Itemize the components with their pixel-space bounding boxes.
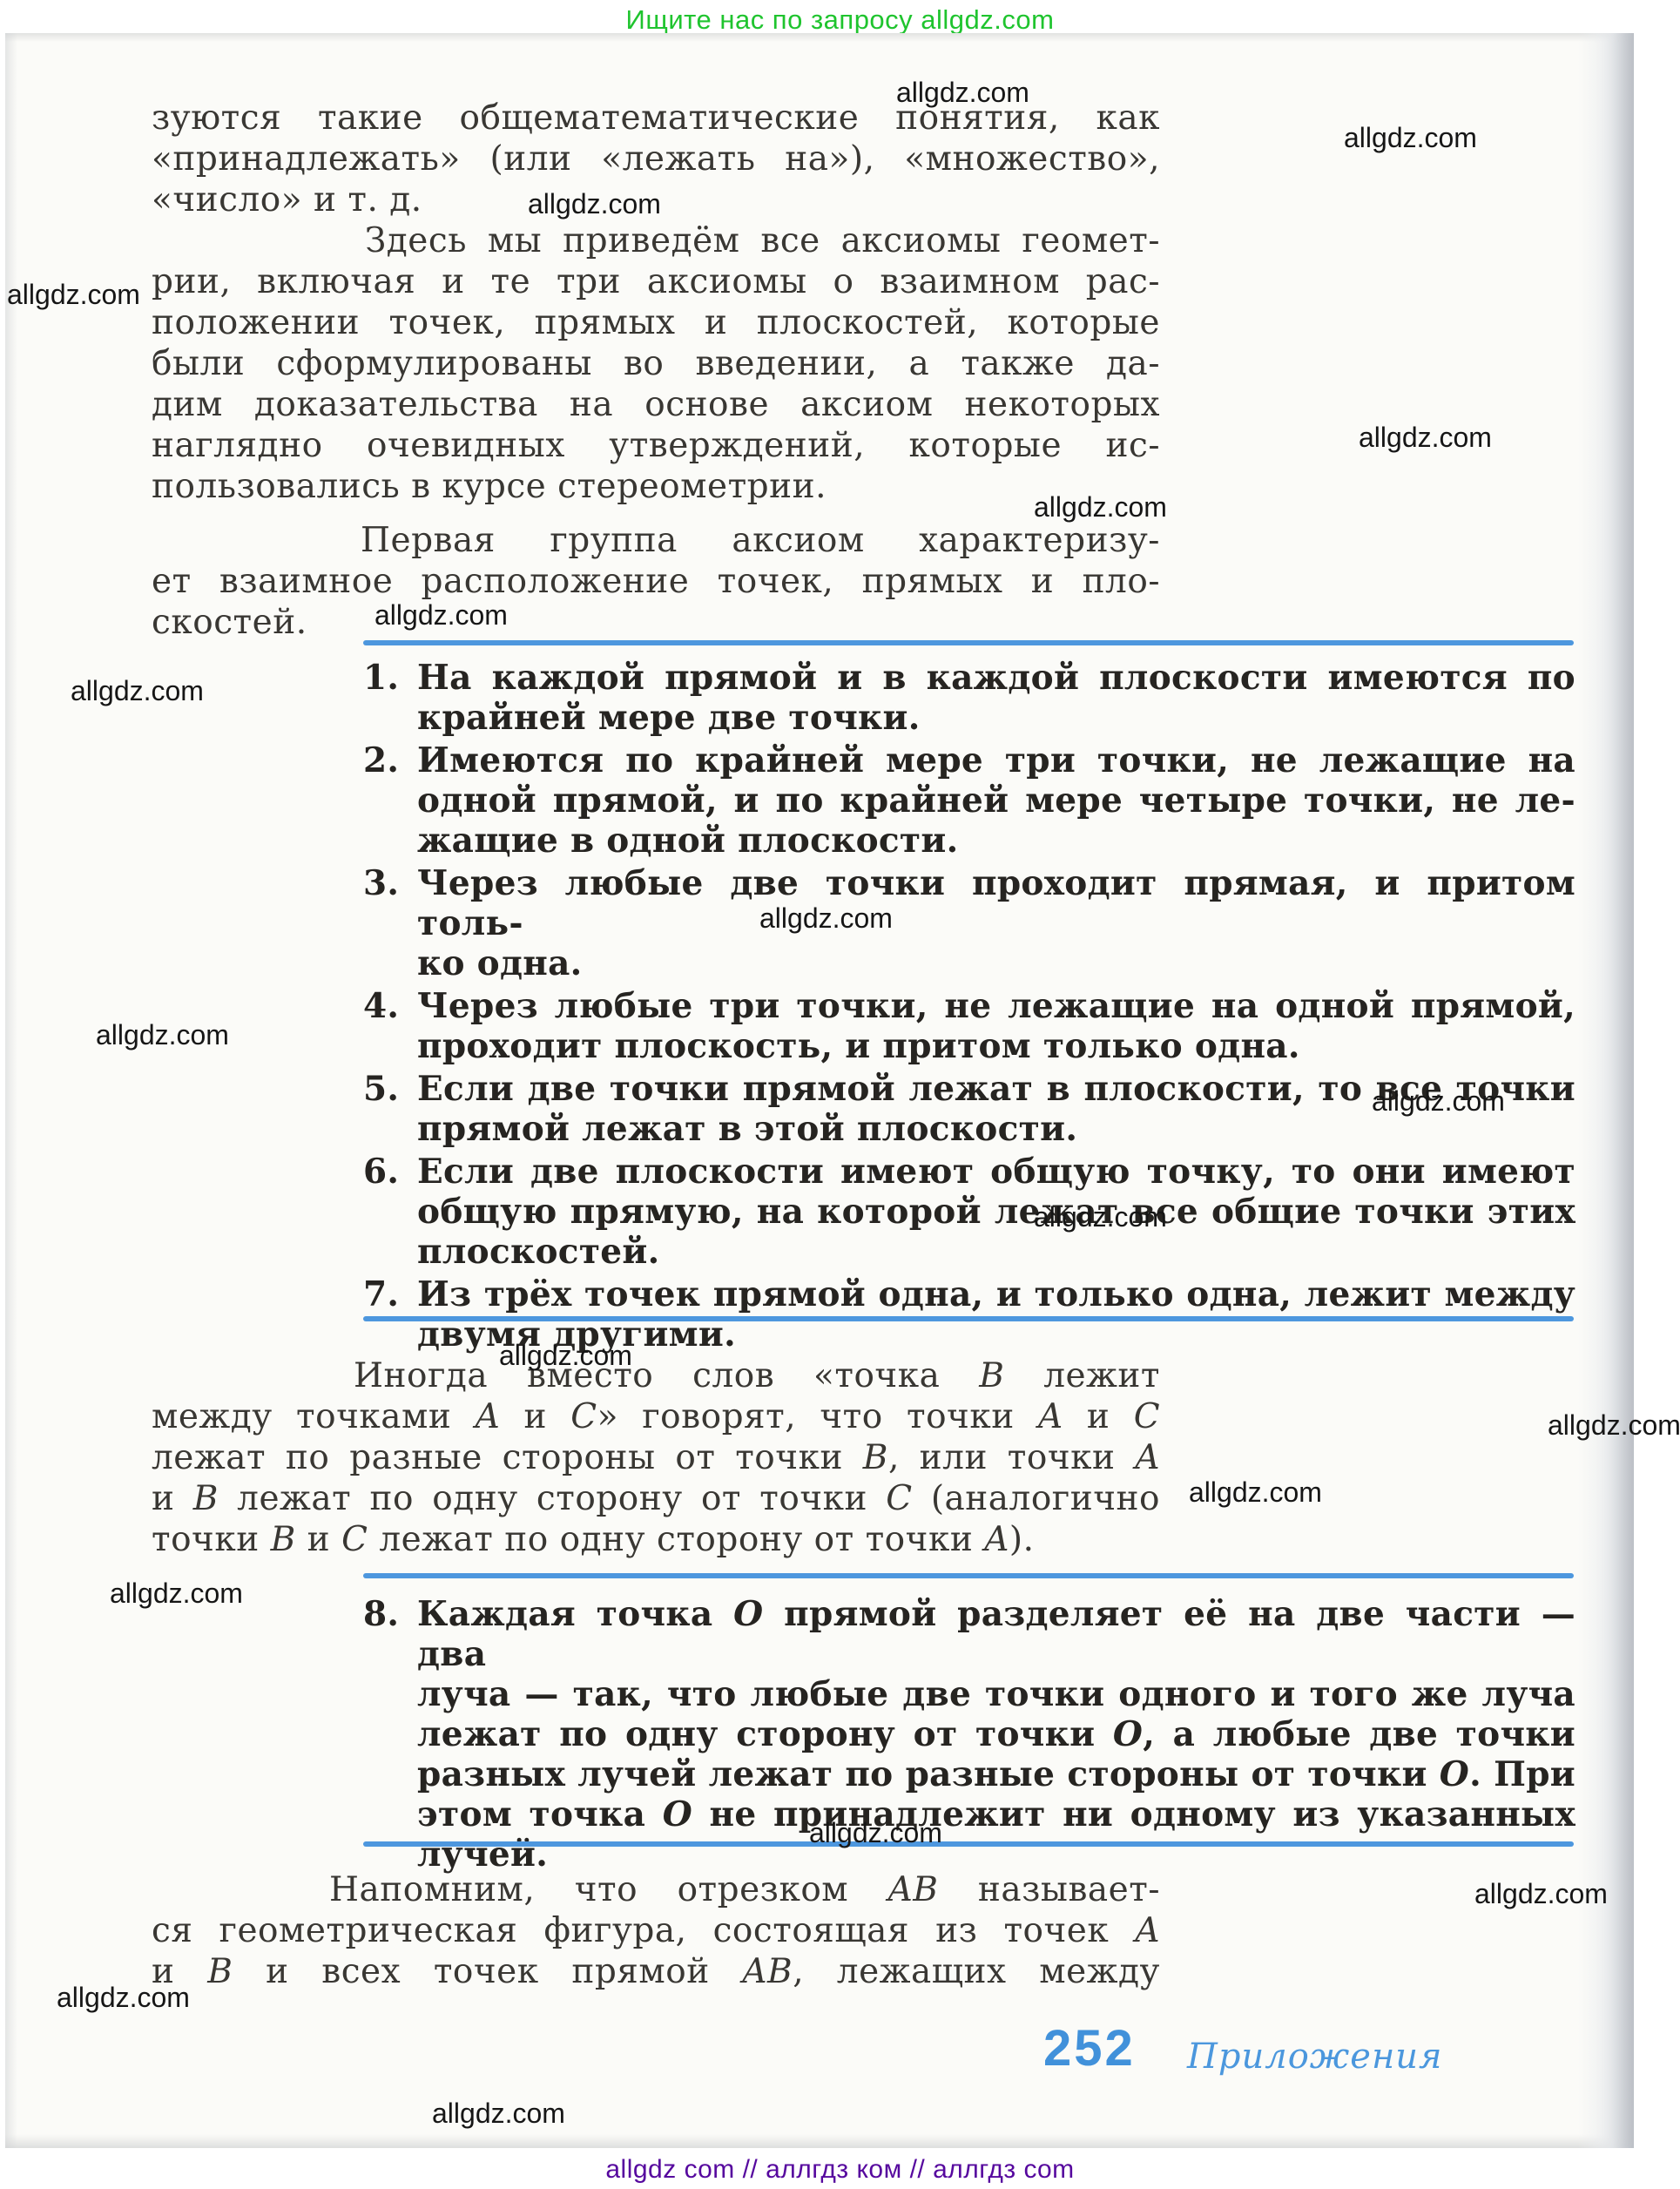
text-line: ся геометрическая фигура, состоящая из т… <box>152 1910 1160 1951</box>
text-line: проходит плоскость, и притом только одна… <box>417 1026 1575 1066</box>
text-line: лежат по одну сторону от точки O, а любы… <box>417 1714 1575 1754</box>
text-line: крайней мере две точки. <box>417 698 1575 738</box>
axiom-item: 2.Имеются по крайней мере три точки, не … <box>363 740 1575 861</box>
text-line: рии, включая и те три аксиомы о взаимном… <box>152 261 1160 302</box>
math-point-label: O <box>663 1794 692 1834</box>
text-run: жащие в одной плоскости. <box>417 821 959 861</box>
text-line: «принадлежать» (или «лежать на»), «множе… <box>152 139 1160 179</box>
text-line: этом точка O не принадлежит ни одному из… <box>417 1794 1575 1834</box>
axiom-number: 2. <box>363 740 399 780</box>
text-run: не принадлежит ни одному из указанных <box>692 1794 1575 1834</box>
text-run: и <box>152 1479 193 1518</box>
paragraph-continuation: зуются такие общематематические понятия,… <box>152 98 1160 220</box>
text-run: лежат по разные стороны от точки <box>152 1438 863 1477</box>
math-point-label: A <box>1135 1438 1160 1477</box>
text-line: Здесь мы приведём все аксиомы геомет- <box>152 220 1160 261</box>
text-run: этом точка <box>417 1794 663 1834</box>
text-line: жащие в одной плоскости. <box>417 821 1575 861</box>
axiom-number: 6. <box>363 1152 399 1192</box>
footer-links-text: allgdz com // аллгдз ком // аллгдз com <box>0 2155 1680 2185</box>
text-run: дим доказательства на основе аксиом неко… <box>152 385 1160 424</box>
text-run: Каждая точка <box>417 1594 733 1634</box>
text-run: одной прямой, и по крайней мере четыре т… <box>417 780 1575 821</box>
section-label: Приложения <box>1187 2037 1443 2077</box>
screenshot-canvas: Ищите нас по запросу allgdz.com зуются т… <box>0 0 1680 2189</box>
text-line: Если две плоскости имеют общую точку, то… <box>417 1152 1575 1192</box>
math-point-label: A <box>984 1520 1009 1559</box>
text-run: Из трёх точек прямой одна, и только одна… <box>417 1274 1575 1314</box>
divider-rule-1 <box>363 640 1574 645</box>
text-run: , а любые две точки <box>1143 1714 1575 1754</box>
axiom-item: 5.Если две точки прямой лежат в плоскост… <box>363 1069 1575 1149</box>
text-line: одной прямой, и по крайней мере четыре т… <box>417 780 1575 821</box>
text-run: Имеются по крайней мере три точки, не ле… <box>417 740 1575 780</box>
book-page-scan: зуются такие общематематические понятия,… <box>5 33 1634 2148</box>
text-run: луча — так, что любые две точки одного и… <box>417 1674 1575 1714</box>
math-point-label: C <box>341 1520 368 1559</box>
text-run: , или точки <box>888 1438 1135 1477</box>
text-line: точки B и C лежат по одну сторону от точ… <box>152 1519 1160 1560</box>
text-line: разных лучей лежат по разные стороны от … <box>417 1754 1575 1794</box>
math-point-label: B <box>979 1356 1004 1395</box>
text-run: и <box>296 1520 341 1559</box>
text-line: плоскостей. <box>417 1232 1575 1272</box>
paragraph-intro: Здесь мы приведём все аксиомы геомет-рии… <box>152 220 1160 507</box>
text-run: Напомним, что отрезком <box>329 1870 888 1909</box>
divider-rule-2 <box>363 1316 1574 1321</box>
text-line: ко одна. <box>417 943 1575 983</box>
axiom-number: 1. <box>363 658 399 698</box>
text-run: , лежащих между <box>793 1952 1160 1991</box>
text-run: «принадлежать» (или «лежать на»), «множе… <box>152 139 1160 179</box>
text-run: лежит <box>1004 1356 1160 1395</box>
text-run: крайней мере две точки. <box>417 698 921 738</box>
divider-rule-4 <box>363 1841 1574 1847</box>
text-run: Первая группа аксиом характеризу- <box>361 521 1160 560</box>
text-line: и B лежат по одну сторону от точки C (ан… <box>152 1478 1160 1519</box>
math-point-label: O <box>1113 1714 1143 1754</box>
text-line: пользовались в курсе стереометрии. <box>152 466 1160 507</box>
text-run: наглядно очевидных утверждений, которые … <box>152 426 1160 465</box>
text-run: Через любые две точки проходит прямая, и… <box>417 863 1575 943</box>
text-line: Через любые две точки проходит прямая, и… <box>417 863 1575 943</box>
text-run: называет- <box>938 1870 1160 1909</box>
math-point-label: AB <box>888 1870 939 1909</box>
text-run: точки <box>152 1520 271 1559</box>
math-point-label: O <box>733 1594 763 1634</box>
math-point-label: C <box>886 1479 912 1518</box>
text-line: Напомним, что отрезком AB называет- <box>152 1869 1160 1910</box>
axiom-item: 1.На каждой прямой и в каждой плоскости … <box>363 658 1575 738</box>
axiom-item: 8.Каждая точка O прямой разделяет её на … <box>363 1594 1575 1875</box>
paragraph-group1: Первая группа аксиом характеризу-ет взаи… <box>152 520 1160 643</box>
text-line: скостей. <box>152 602 1160 643</box>
text-line: лежат по разные стороны от точки B, или … <box>152 1437 1160 1478</box>
text-run: ся геометрическая фигура, состоящая из т… <box>152 1911 1135 1950</box>
text-run: и <box>1063 1397 1134 1436</box>
text-run: лежат по одну сторону от точки <box>417 1714 1113 1754</box>
text-run: общую прямую, на которой лежат все общие… <box>417 1192 1575 1232</box>
math-point-label: C <box>570 1397 597 1436</box>
math-point-label: C <box>1134 1397 1160 1436</box>
text-line: дим доказательства на основе аксиом неко… <box>152 384 1160 425</box>
text-run: и всех точек прямой <box>233 1952 742 1991</box>
text-run: пользовались в курсе стереометрии. <box>152 467 827 506</box>
divider-rule-3 <box>363 1573 1574 1578</box>
axiom-number: 8. <box>363 1594 399 1634</box>
text-line: ет взаимное расположение точек, прямых и… <box>152 561 1160 602</box>
axiom-number: 5. <box>363 1069 399 1109</box>
text-run: проходит плоскость, и притом только одна… <box>417 1026 1300 1066</box>
text-run: Здесь мы приведём все аксиомы геомет- <box>365 221 1160 260</box>
text-line: зуются такие общематематические понятия,… <box>152 98 1160 139</box>
text-line: Через любые три точки, не лежащие на одн… <box>417 986 1575 1026</box>
text-line: «число» и т. д. <box>152 179 1160 220</box>
text-line: Первая группа аксиом характеризу- <box>152 520 1160 561</box>
text-line: общую прямую, на которой лежат все общие… <box>417 1192 1575 1232</box>
text-run: рии, включая и те три аксиомы о взаимном… <box>152 262 1160 301</box>
math-point-label: B <box>207 1952 233 1991</box>
axiom-item: 4.Через любые три точки, не лежащие на о… <box>363 986 1575 1066</box>
text-line: между точками A и C» говорят, что точки … <box>152 1396 1160 1437</box>
text-run: положении точек, прямых и плоскостей, ко… <box>152 303 1160 342</box>
math-point-label: B <box>271 1520 296 1559</box>
page-number: 252 <box>1043 2019 1136 2078</box>
text-line: прямой лежат в этой плоскости. <box>417 1109 1575 1149</box>
math-point-label: A <box>476 1397 501 1436</box>
text-run: На каждой прямой и в каждой плоскости им… <box>417 658 1575 698</box>
text-line: Иногда вместо слов «точка B лежит <box>152 1355 1160 1396</box>
axiom-number: 4. <box>363 986 399 1026</box>
math-point-label: A <box>1135 1911 1160 1950</box>
text-run: . При <box>1469 1754 1575 1794</box>
math-point-label: B <box>863 1438 888 1477</box>
math-point-label: O <box>1440 1754 1469 1794</box>
text-run: Иногда вместо слов «точка <box>354 1356 979 1395</box>
text-run: Если две плоскости имеют общую точку, то… <box>417 1152 1575 1192</box>
text-run: скостей. <box>152 603 307 642</box>
text-run: ). <box>1009 1520 1035 1559</box>
axiom-list-1-7: 1.На каждой прямой и в каждой плоскости … <box>363 658 1575 1357</box>
axiom-item: 6.Если две плоскости имеют общую точку, … <box>363 1152 1575 1272</box>
text-run: плоскостей. <box>417 1232 660 1272</box>
axiom-item: 3.Через любые две точки проходит прямая,… <box>363 863 1575 983</box>
text-run: были сформулированы во введении, а также… <box>152 344 1160 383</box>
text-run: ко одна. <box>417 943 583 983</box>
text-run: и <box>500 1397 570 1436</box>
text-run: (аналогично <box>913 1479 1160 1518</box>
math-point-label: A <box>1038 1397 1063 1436</box>
paragraph-segment-definition: Напомним, что отрезком AB называет-ся ге… <box>152 1869 1160 1992</box>
text-run: Через любые три точки, не лежащие на одн… <box>417 986 1575 1026</box>
text-line: Из трёх точек прямой одна, и только одна… <box>417 1274 1575 1314</box>
main-text-column: зуются такие общематематические понятия,… <box>152 98 1160 643</box>
promo-banner-text: Ищите нас по запросу allgdz.com <box>0 4 1680 36</box>
text-line: Имеются по крайней мере три точки, не ле… <box>417 740 1575 780</box>
paragraph-between-points: Иногда вместо слов «точка B лежитмежду т… <box>152 1355 1160 1560</box>
text-run: лежат по одну сторону от точки <box>368 1520 984 1559</box>
text-line: наглядно очевидных утверждений, которые … <box>152 425 1160 466</box>
text-line: луча — так, что любые две точки одного и… <box>417 1674 1575 1714</box>
text-run: » говорят, что точки <box>597 1397 1038 1436</box>
axiom-8: 8.Каждая точка O прямой разделяет её на … <box>363 1594 1575 1877</box>
text-line: положении точек, прямых и плоскостей, ко… <box>152 302 1160 343</box>
text-line: Если две точки прямой лежат в плоскости,… <box>417 1069 1575 1109</box>
text-line: были сформулированы во введении, а также… <box>152 343 1160 384</box>
text-run: «число» и т. д. <box>152 180 422 220</box>
text-run: лежат по одну сторону от точки <box>219 1479 886 1518</box>
text-line: и B и всех точек прямой AB, лежащих межд… <box>152 1951 1160 1992</box>
text-run: зуются такие общематематические понятия,… <box>152 98 1160 138</box>
text-run: прямой лежат в этой плоскости. <box>417 1109 1077 1149</box>
math-point-label: AB <box>742 1952 793 1991</box>
axiom-number: 3. <box>363 863 399 903</box>
axiom-item: 7.Из трёх точек прямой одна, и только од… <box>363 1274 1575 1355</box>
text-run: ет взаимное расположение точек, прямых и… <box>152 562 1160 601</box>
axiom-number: 7. <box>363 1274 399 1314</box>
text-run: и <box>152 1952 207 1991</box>
text-run: разных лучей лежат по разные стороны от … <box>417 1754 1440 1794</box>
math-point-label: B <box>193 1479 219 1518</box>
text-line: На каждой прямой и в каждой плоскости им… <box>417 658 1575 698</box>
text-run: между точками <box>152 1397 476 1436</box>
text-line: Каждая точка O прямой разделяет её на дв… <box>417 1594 1575 1674</box>
text-run: Если две точки прямой лежат в плоскости,… <box>417 1069 1575 1109</box>
